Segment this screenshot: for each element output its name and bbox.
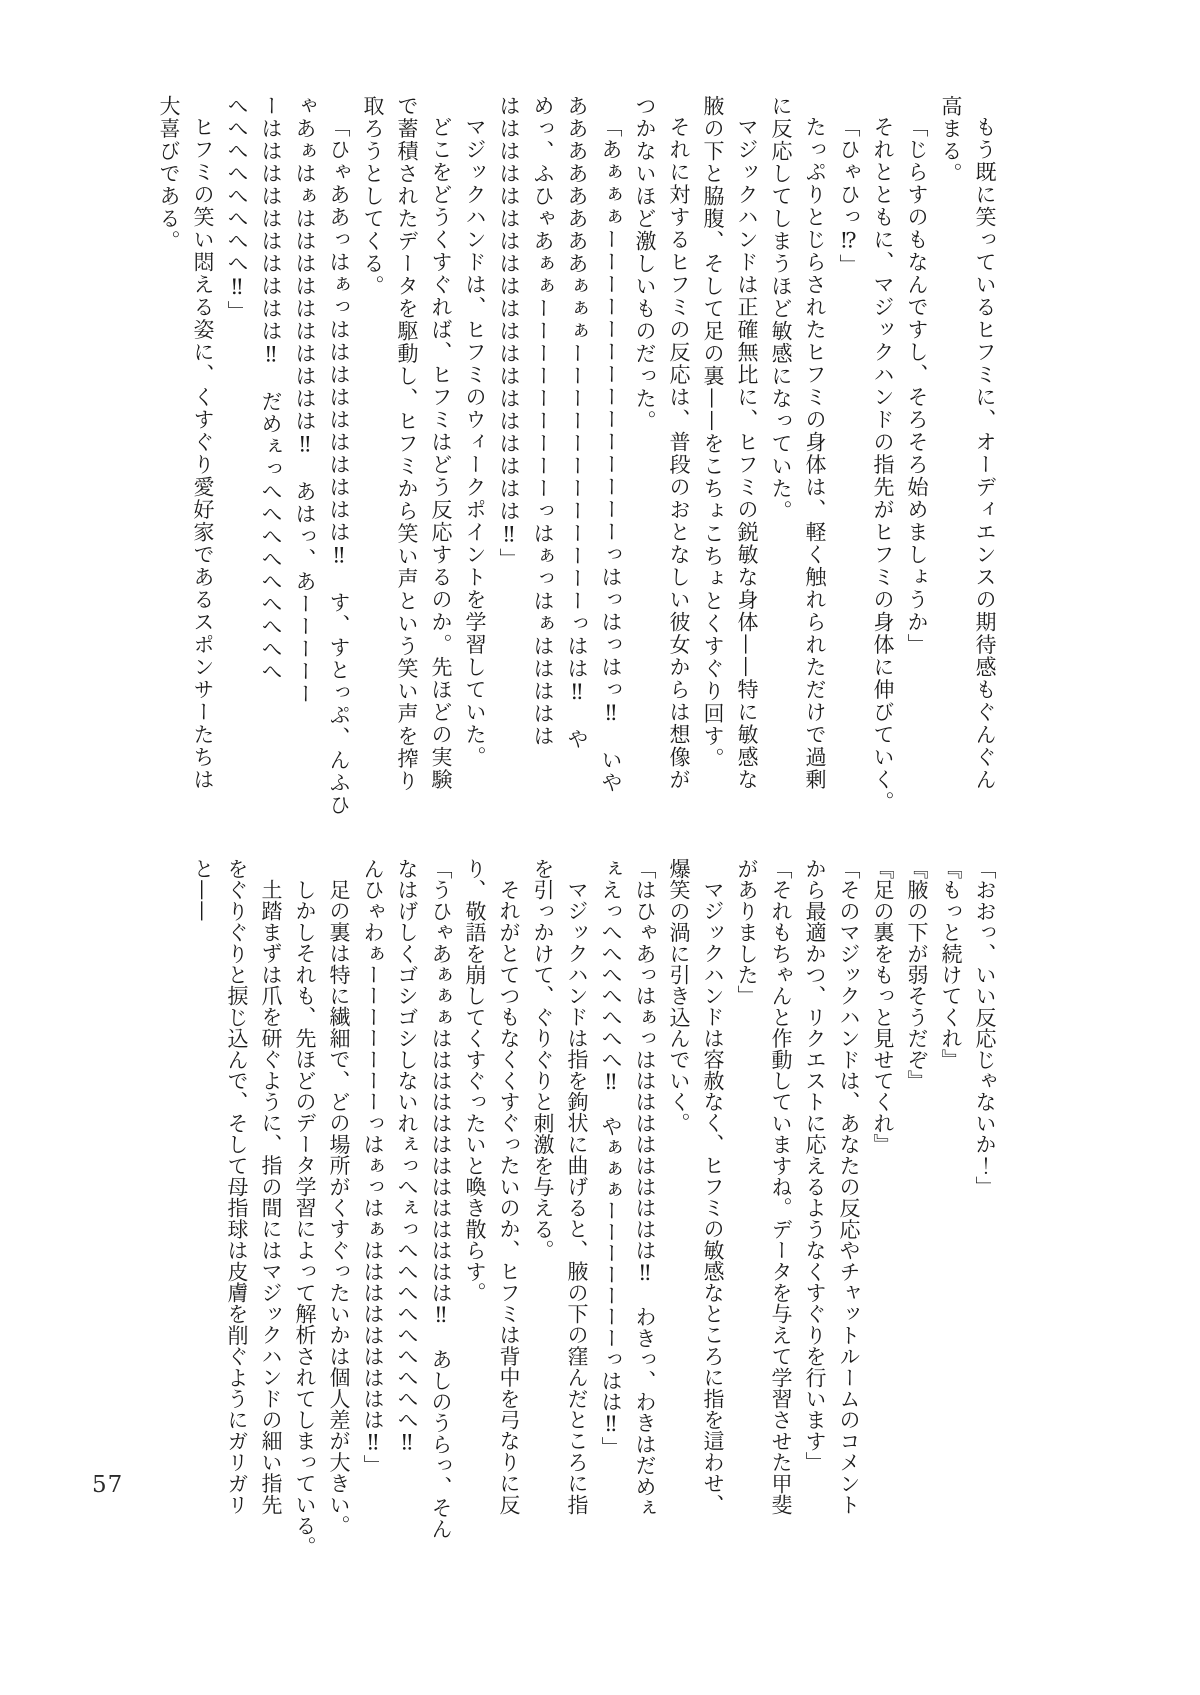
scanned-novel-page: もう既に笑っているヒフミに、オーディエンスの期待感もぐんぐん高まる。「じらすのも… bbox=[0, 0, 1200, 1695]
text-column: どこをどうくすぐれば、ヒフミはどう反応するのか。先ほどの実験 bbox=[424, 95, 458, 865]
text-column: 取ろうとしてくる。 bbox=[356, 95, 390, 865]
text-column: マジックハンドは容赦なく、ヒフミの敏感なところに指を這わせ、 bbox=[696, 858, 730, 1573]
text-column: ははははははははははははははははははは‼」 bbox=[492, 95, 526, 865]
text-column: 「あぁぁぁーーーーーーーーーーーーーーっはっはっはっ‼ いや bbox=[594, 95, 628, 865]
text-column: マジックハンドは正確無比に、ヒフミの鋭敏な身体——特に敏感な bbox=[730, 95, 764, 865]
text-column: マジックハンドは、ヒフミのウィークポイントを学習していた。 bbox=[458, 95, 492, 865]
text-column: から最適かつ、リクエストに応えるようなくすぐりを行います」 bbox=[798, 858, 832, 1573]
text-column: 「ひゃああっはぁっはははははははははは‼ す、すとっぷ、んふひ bbox=[322, 95, 356, 865]
text-column: を引っかけて、ぐりぐりと刺激を与える。 bbox=[526, 858, 560, 1573]
text-column: たっぷりとじらされたヒフミの身体は、軽く触れられただけで過剰 bbox=[798, 95, 832, 865]
text-column: で蓄積されたデータを駆動し、ヒフミから笑い声という笑い声を搾り bbox=[390, 95, 424, 865]
text-column: めっ、ふひゃあぁぁーーーーーーーーーっはぁっはぁははははは bbox=[526, 95, 560, 865]
text-column: それがとてつもなくくすぐったいのか、ヒフミは背中を弓なりに反 bbox=[492, 858, 526, 1573]
text-column: 「うひゃあぁぁぁははははははははははははは‼ あしのうらっ、そん bbox=[424, 858, 458, 1573]
text-column: つかないほど激しいものだった。 bbox=[628, 95, 662, 865]
text-column: もう既に笑っているヒフミに、オーディエンスの期待感もぐんぐん bbox=[968, 95, 1002, 865]
text-column: 爆笑の渦に引き込んでいく。 bbox=[662, 858, 696, 1573]
text-column: しかしそれも、先ほどのデータ学習によって解析されてしまっている。 bbox=[288, 858, 322, 1573]
text-column: 『もっと続けてくれ』 bbox=[934, 858, 968, 1573]
text-column: ああああああああぁぁぁーーーーーーーーーーーーっはは‼ や bbox=[560, 95, 594, 865]
text-column: 「はひゃあっはぁっはははははははははは‼ わきっ、わきはだめぇ bbox=[628, 858, 662, 1573]
text-column: 高まる。 bbox=[934, 95, 968, 865]
text-column: 「それもちゃんと作動していますね。データを与えて学習させた甲斐 bbox=[764, 858, 798, 1573]
text-block-bottom: 「おおっ、いい反応じゃないか！」『もっと続けてくれ』『腋の下が弱そうだぞ』『足の… bbox=[186, 858, 1002, 1573]
text-column: マジックハンドは指を鉤状に曲げると、腋の下の窪んだところに指 bbox=[560, 858, 594, 1573]
text-column: に反応してしまうほど敏感になっていた。 bbox=[764, 95, 798, 865]
text-column: それに対するヒフミの反応は、普段のおとなしい彼女からは想像が bbox=[662, 95, 696, 865]
text-column: 足の裏は特に繊細で、どの場所がくすぐったいかは個人差が大きい。 bbox=[322, 858, 356, 1573]
text-column: ヒフミの笑い悶える姿に、くすぐり愛好家であるスポンサーたちは bbox=[186, 95, 220, 865]
text-column: 「おおっ、いい反応じゃないか！」 bbox=[968, 858, 1002, 1573]
text-column: をぐりぐりと捩じ込んで、そして母指球は皮膚を削ぐようにガリガリ bbox=[220, 858, 254, 1573]
text-column: 腋の下と脇腹、そして足の裏——をこちょこちょとくすぐり回す。 bbox=[696, 95, 730, 865]
text-column: と—— bbox=[186, 858, 220, 1573]
text-column: 「ひゃひっ⁉」 bbox=[832, 95, 866, 865]
text-column: なはげしくゴシゴシしないれぇっへぇっへへへへへへへへへ‼ bbox=[390, 858, 424, 1573]
text-column: 『腋の下が弱そうだぞ』 bbox=[900, 858, 934, 1573]
text-column: 『足の裏をもっと見せてくれ』 bbox=[866, 858, 900, 1573]
text-block-top: もう既に笑っているヒフミに、オーディエンスの期待感もぐんぐん高まる。「じらすのも… bbox=[152, 95, 1002, 865]
text-column: 「じらすのもなんですし、そろそろ始めましょうか」 bbox=[900, 95, 934, 865]
text-column: 土踏まずは爪を研ぐように、指の間にはマジックハンドの細い指先 bbox=[254, 858, 288, 1573]
text-column: ぇえっへへへへへへへ‼ やぁぁぁーーーーーーーっはは‼」 bbox=[594, 858, 628, 1573]
text-column: ーはははははははははは‼ だめぇっへへへへへへへへへ bbox=[254, 95, 288, 865]
text-column: ゃあぁはぁはははははははははは‼ あはっ、あーーーーー bbox=[288, 95, 322, 865]
text-column: 大喜びである。 bbox=[152, 95, 186, 865]
text-column: へへへへへへへへ‼」 bbox=[220, 95, 254, 865]
text-column: それとともに、マジックハンドの指先がヒフミの身体に伸びていく。 bbox=[866, 95, 900, 865]
text-column: がありました」 bbox=[730, 858, 764, 1573]
text-column: 「そのマジックハンドは、あなたの反応やチャットルームのコメント bbox=[832, 858, 866, 1573]
page-number: 57 bbox=[92, 1472, 123, 1498]
text-column: んひゃわぁーーーーーーーっはぁっはぁははははははははは‼」 bbox=[356, 858, 390, 1573]
text-column: り、敬語を崩してくすぐったいと喚き散らす。 bbox=[458, 858, 492, 1573]
